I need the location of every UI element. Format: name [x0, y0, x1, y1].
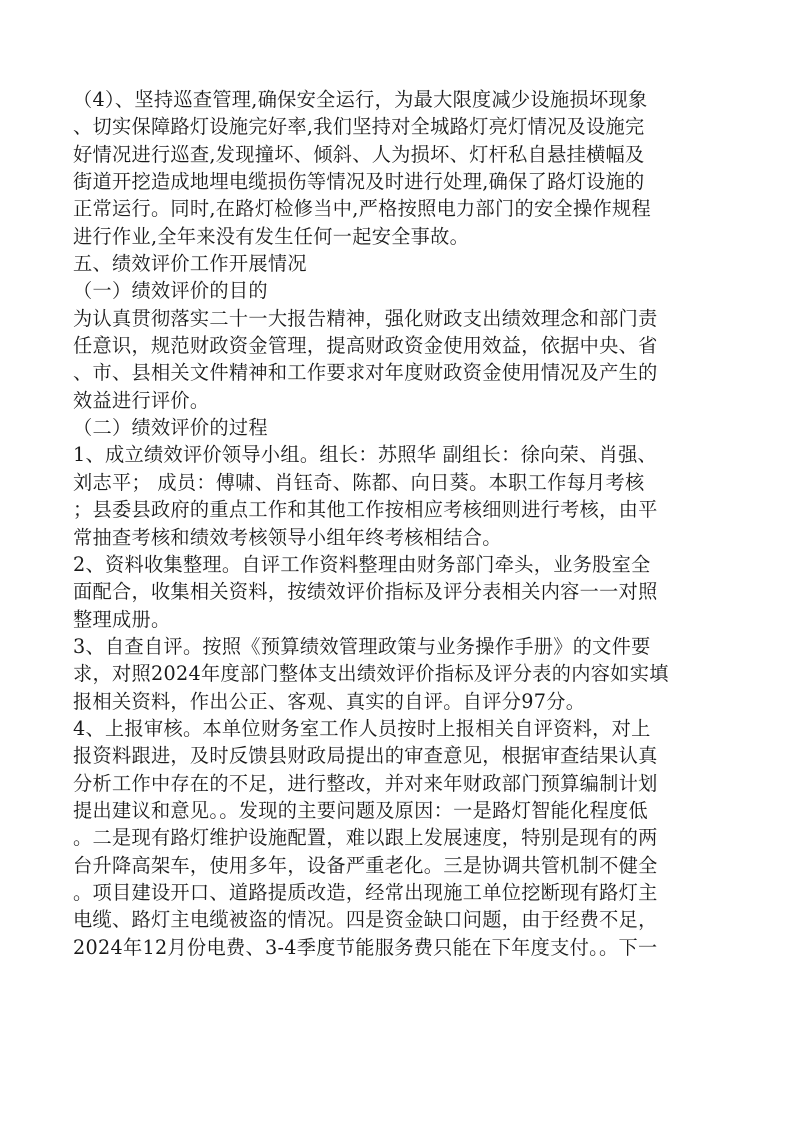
- text-line: 、切实保障路灯设施完好率,我们坚持对全城路灯亮灯情况及设施完: [73, 113, 733, 140]
- document-page: （4）、坚持巡查管理,确保安全运行，为最大限度减少设施损坏现象 、切实保障路灯设…: [73, 86, 733, 961]
- text-line: 为认真贯彻落实二十一大报告精神，强化财政支出绩效理念和部门责: [73, 305, 733, 332]
- text-line: 。项目建设开口、道路提质改造，经常出现施工单位挖断现有路灯主: [73, 879, 733, 906]
- text-line: （4）、坚持巡查管理,确保安全运行，为最大限度减少设施损坏现象: [73, 86, 733, 113]
- text-line: 面配合，收集相关资料，按绩效评价指标及评分表相关内容一一对照: [73, 578, 733, 605]
- text-line: 效益进行评价。: [73, 387, 733, 414]
- text-line: 好情况进行巡查,发现撞坏、倾斜、人为损坏、灯杆私自悬挂横幅及: [73, 141, 733, 168]
- text-line: 刘志平； 成员：傅啸、肖钰奇、陈都、向日葵。本职工作每月考核: [73, 469, 733, 496]
- text-line: 2、资料收集整理。自评工作资料整理由财务部门牵头，业务股室全: [73, 551, 733, 578]
- text-line: 进行作业,全年来没有发生任何一起安全事故。: [73, 223, 733, 250]
- text-line: 台升降高架车，使用多年，设备严重老化。三是协调共管机制不健全: [73, 852, 733, 879]
- text-line: 常抽查考核和绩效考核领导小组年终考核相结合。: [73, 524, 733, 551]
- text-line: ；县委县政府的重点工作和其他工作按相应考核细则进行考核，由平: [73, 496, 733, 523]
- text-line: 街道开挖造成地埋电缆损伤等情况及时进行处理,确保了路灯设施的: [73, 168, 733, 195]
- text-line: 。二是现有路灯维护设施配置，难以跟上发展速度，特别是现有的两: [73, 824, 733, 851]
- text-line: 2024年12月份电费、3-4季度节能服务费只能在下年度支付。。下一: [73, 934, 733, 961]
- section-heading: 五、绩效评价工作开展情况: [73, 250, 733, 277]
- text-line: 报相关资料，作出公正、客观、真实的自评。自评分97分。: [73, 688, 733, 715]
- text-line: 整理成册。: [73, 606, 733, 633]
- text-line: 求，对照2024年度部门整体支出绩效评价指标及评分表的内容如实填: [73, 660, 733, 687]
- text-line: 报资料跟进，及时反馈县财政局提出的审查意见，根据审查结果认真: [73, 742, 733, 769]
- text-line: 、市、县相关文件精神和工作要求对年度财政资金使用情况及产生的: [73, 359, 733, 386]
- text-line: 3、自查自评。按照《预算绩效管理政策与业务操作手册》的文件要: [73, 633, 733, 660]
- subsection-heading: （一）绩效评价的目的: [73, 277, 733, 304]
- text-line: 分析工作中存在的不足，进行整改，并对来年财政部门预算编制计划: [73, 770, 733, 797]
- text-line: 提出建议和意见。。发现的主要问题及原因：一是路灯智能化程度低: [73, 797, 733, 824]
- text-line: 任意识，规范财政资金管理，提高财政资金使用效益，依据中央、省: [73, 332, 733, 359]
- text-line: 正常运行。同时,在路灯检修当中,严格按照电力部门的安全操作规程: [73, 195, 733, 222]
- text-line: 1、成立绩效评价领导小组。组长：苏照华 副组长：徐向荣、肖强、: [73, 441, 733, 468]
- text-line: 电缆、路灯主电缆被盗的情况。四是资金缺口问题，由于经费不足，: [73, 906, 733, 933]
- text-line: 4、上报审核。本单位财务室工作人员按时上报相关自评资料，对上: [73, 715, 733, 742]
- subsection-heading: （二）绩效评价的过程: [73, 414, 733, 441]
